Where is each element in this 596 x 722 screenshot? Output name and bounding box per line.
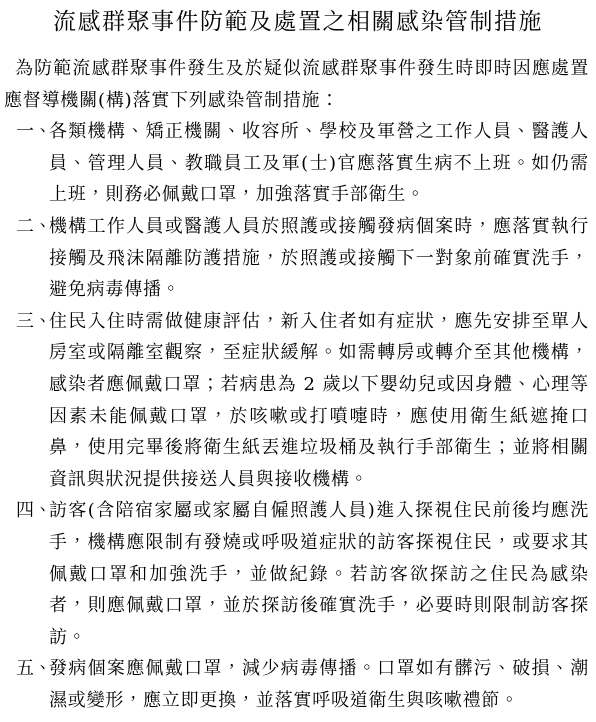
list-item-4: 四、訪客(含陪宿家屬或家屬自僱照護人員)進入探視住民前後均應洗手，機構應限制有發… (0, 495, 589, 653)
item-2-number: 二、 (16, 211, 52, 243)
item-1-text: 各類機構、矯正機關、收容所、學校及軍營之工作人員、醫護人員、管理人員、教職員工及… (49, 121, 589, 205)
item-3-text: 住民入住時需做健康評估，新入住者如有症狀，應先安排至單人房室或隔離室觀察，至症狀… (49, 311, 589, 490)
item-3-number: 三、 (16, 306, 52, 338)
item-5-text: 發病個案應佩戴口罩，減少病毒傳播。口罩如有髒污、破損、潮濕或變形，應立即更換，並… (49, 658, 589, 711)
item-1-number: 一、 (16, 116, 52, 148)
list-item-5: 五、發病個案應佩戴口罩，減少病毒傳播。口罩如有髒污、破損、潮濕或變形，應立即更換… (0, 653, 589, 716)
item-2-text: 機構工作人員或醫護人員於照護或接觸發病個案時，應落實執行接觸及飛沫隔離防護措施，… (49, 216, 589, 300)
item-5-number: 五、 (16, 653, 52, 685)
intro-paragraph: 為防範流感群聚事件發生及於疑似流感群聚事件發生時即時因應處置應督導機關(構)落實… (4, 53, 589, 116)
list-item-3: 三、住民入住時需做健康評估，新入住者如有症狀，應先安排至單人房室或隔離室觀察，至… (0, 306, 589, 496)
document-page: 流感群聚事件防範及處置之相關感染管制措施 為防範流感群聚事件發生及於疑似流感群聚… (0, 0, 596, 722)
item-4-text: 訪客(含陪宿家屬或家屬自僱照護人員)進入探視住民前後均應洗手，機構應限制有發燒或… (49, 500, 589, 647)
page-title: 流感群聚事件防範及處置之相關感染管制措施 (4, 6, 592, 38)
measure-list: 一、各類機構、矯正機關、收容所、學校及軍營之工作人員、醫護人員、管理人員、教職員… (0, 116, 596, 716)
list-item-1: 一、各類機構、矯正機關、收容所、學校及軍營之工作人員、醫護人員、管理人員、教職員… (0, 116, 589, 211)
item-4-number: 四、 (16, 495, 52, 527)
list-item-2: 二、機構工作人員或醫護人員於照護或接觸發病個案時，應落實執行接觸及飛沫隔離防護措… (0, 211, 589, 306)
